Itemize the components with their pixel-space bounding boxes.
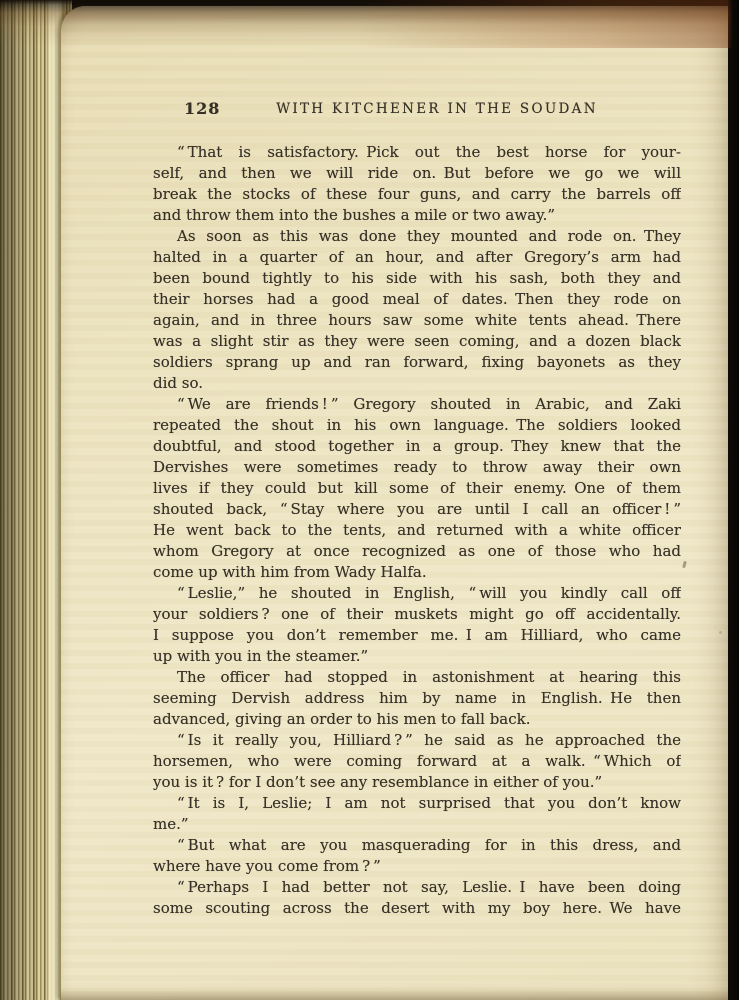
book-scan: 128 WITH KITCHENER IN THE SOUDAN “ That … <box>0 0 739 1000</box>
text-line: doubtful, and stood together in a group.… <box>153 436 681 457</box>
running-head: 128 WITH KITCHENER IN THE SOUDAN <box>153 98 681 120</box>
page-number: 128 <box>184 98 220 120</box>
text-line: repeated the shout in his own language. … <box>153 415 681 436</box>
text-line: been bound tightly to his side with his … <box>153 268 681 289</box>
paragraph: “ That is satisfactory. Pick out the bes… <box>153 142 681 226</box>
text-line: did so. <box>153 373 681 394</box>
text-line: you is it ? for I don’t see any resembla… <box>153 772 681 793</box>
page-body: “ That is satisfactory. Pick out the bes… <box>153 142 681 919</box>
text-line: and throw them into the bushes a mile or… <box>153 205 681 226</box>
text-line: soldiers sprang up and ran forward, fixi… <box>153 352 681 373</box>
paragraph: “ Is it really you, Hilliard ? ” he said… <box>153 730 681 793</box>
text-line: As soon as this was done they mounted an… <box>153 226 681 247</box>
paragraph: “ We are friends ! ” Gregory shouted in … <box>153 394 681 583</box>
paragraph: The officer had stopped in astonishment … <box>153 667 681 730</box>
text-line: “ Perhaps I had better not say, Leslie. … <box>153 877 681 898</box>
text-line: up with you in the steamer.” <box>153 646 681 667</box>
text-line: “ It is I, Leslie; I am not surprised th… <box>153 793 681 814</box>
text-line: self, and then we will ride on. But befo… <box>153 163 681 184</box>
text-line: advanced, giving an order to his men to … <box>153 709 681 730</box>
text-line: I suppose you don’t remember me. I am Hi… <box>153 625 681 646</box>
text-line: He went back to the tents, and returned … <box>153 520 681 541</box>
text-line: lives if they could but kill some of the… <box>153 478 681 499</box>
paragraph: “ It is I, Leslie; I am not surprised th… <box>153 793 681 835</box>
text-line: “ That is satisfactory. Pick out the bes… <box>153 142 681 163</box>
text-line: whom Gregory at once recognized as one o… <box>153 541 681 562</box>
text-line: seeming Dervish address him by name in E… <box>153 688 681 709</box>
right-cover-edge <box>728 0 739 1000</box>
text-line: come up with him from Wady Halfa. <box>153 562 681 583</box>
text-line: The officer had stopped in astonishment … <box>153 667 681 688</box>
book-page: 128 WITH KITCHENER IN THE SOUDAN “ That … <box>60 6 728 1000</box>
paragraph: “ But what are you masquerading for in t… <box>153 835 681 877</box>
text-line: Dervishes were sometimes ready to throw … <box>153 457 681 478</box>
text-line: me.” <box>153 814 681 835</box>
text-line: halted in a quarter of an hour, and afte… <box>153 247 681 268</box>
text-column: 128 WITH KITCHENER IN THE SOUDAN “ That … <box>153 6 681 919</box>
text-line: was a slight stir as they were seen comi… <box>153 331 681 352</box>
text-line: break the stocks of these four guns, and… <box>153 184 681 205</box>
text-line: some scouting across the desert with my … <box>153 898 681 919</box>
text-line: your soldiers ? one of their muskets mig… <box>153 604 681 625</box>
text-line: their horses had a good meal of dates. T… <box>153 289 681 310</box>
text-line: shouted back, “ Stay where you are until… <box>153 499 681 520</box>
text-line: “ Leslie,” he shouted in English, “ will… <box>153 583 681 604</box>
text-line: “ We are friends ! ” Gregory shouted in … <box>153 394 681 415</box>
text-line: “ But what are you masquerading for in t… <box>153 835 681 856</box>
paragraph: As soon as this was done they mounted an… <box>153 226 681 394</box>
paragraph: “ Perhaps I had better not say, Leslie. … <box>153 877 681 919</box>
running-title: WITH KITCHENER IN THE SOUDAN <box>153 98 681 120</box>
text-line: again, and in three hours saw some white… <box>153 310 681 331</box>
text-line: horsemen, who were coming forward at a w… <box>153 751 681 772</box>
text-line: “ Is it really you, Hilliard ? ” he said… <box>153 730 681 751</box>
paragraph: “ Leslie,” he shouted in English, “ will… <box>153 583 681 667</box>
text-line: where have you come from ? ” <box>153 856 681 877</box>
